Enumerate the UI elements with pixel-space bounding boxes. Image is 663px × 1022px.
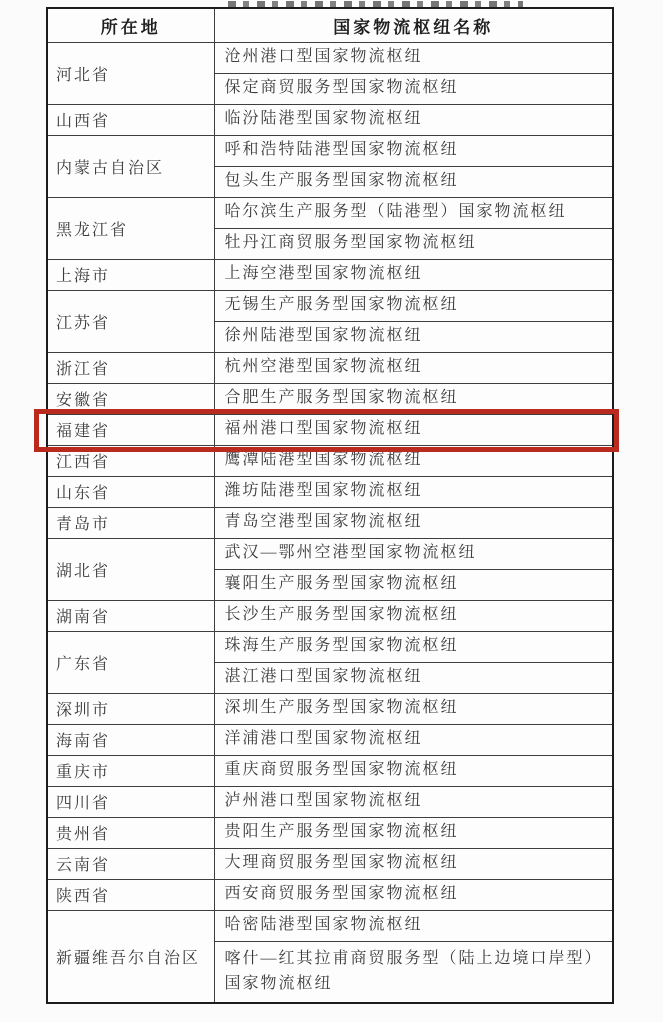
hub-cell: 哈尔滨生产服务型（陆港型）国家物流枢纽: [214, 197, 613, 228]
hub-cell: 沧州港口型国家物流枢纽: [214, 42, 613, 73]
hub-cell: 鹰潭陆港型国家物流枢纽: [214, 445, 613, 476]
hub-cell: 襄阳生产服务型国家物流枢纽: [214, 569, 613, 600]
page: 所在地 国家物流枢纽名称 河北省 沧州港口型国家物流枢纽 保定商贸服务型国家物流…: [0, 0, 663, 1022]
province-cell: 贵州省: [47, 817, 214, 848]
province-cell: 广东省: [47, 631, 214, 693]
table-row: 新疆维吾尔自治区 哈密陆港型国家物流枢纽: [47, 910, 613, 941]
hub-cell: 武汉—鄂州空港型国家物流枢纽: [214, 538, 613, 569]
table-row: 海南省 洋浦港口型国家物流枢纽: [47, 724, 613, 755]
table-row: 广东省 珠海生产服务型国家物流枢纽: [47, 631, 613, 662]
table-row: 贵州省 贵阳生产服务型国家物流枢纽: [47, 817, 613, 848]
table-row: 云南省 大理商贸服务型国家物流枢纽: [47, 848, 613, 879]
hub-cell: 贵阳生产服务型国家物流枢纽: [214, 817, 613, 848]
province-cell: 河北省: [47, 42, 214, 104]
province-cell: 湖北省: [47, 538, 214, 600]
province-cell: 江西省: [47, 445, 214, 476]
hub-cell: 西安商贸服务型国家物流枢纽: [214, 879, 613, 910]
province-cell: 深圳市: [47, 693, 214, 724]
table-row: 重庆市 重庆商贸服务型国家物流枢纽: [47, 755, 613, 786]
hub-cell: 喀什—红其拉甫商贸服务型（陆上边境口岸型） 国家物流枢纽: [214, 941, 613, 1003]
hub-cell: 无锡生产服务型国家物流枢纽: [214, 290, 613, 321]
hub-cell: 保定商贸服务型国家物流枢纽: [214, 73, 613, 104]
table-row: 安徽省 合肥生产服务型国家物流枢纽: [47, 383, 613, 414]
logistics-hub-table: 所在地 国家物流枢纽名称 河北省 沧州港口型国家物流枢纽 保定商贸服务型国家物流…: [46, 7, 614, 1004]
province-cell: 山东省: [47, 476, 214, 507]
hub-cell: 重庆商贸服务型国家物流枢纽: [214, 755, 613, 786]
province-cell: 海南省: [47, 724, 214, 755]
table-row: 河北省 沧州港口型国家物流枢纽: [47, 42, 613, 73]
table-row: 内蒙古自治区 呼和浩特陆港型国家物流枢纽: [47, 135, 613, 166]
province-cell: 新疆维吾尔自治区: [47, 910, 214, 1003]
hub-cell: 深圳生产服务型国家物流枢纽: [214, 693, 613, 724]
province-cell: 江苏省: [47, 290, 214, 352]
province-cell: 山西省: [47, 104, 214, 135]
hub-cell: 潍坊陆港型国家物流枢纽: [214, 476, 613, 507]
table-row: 四川省 泸州港口型国家物流枢纽: [47, 786, 613, 817]
hub-cell: 青岛空港型国家物流枢纽: [214, 507, 613, 538]
table-row: 深圳市 深圳生产服务型国家物流枢纽: [47, 693, 613, 724]
hub-cell: 合肥生产服务型国家物流枢纽: [214, 383, 613, 414]
table-row: 上海市 上海空港型国家物流枢纽: [47, 259, 613, 290]
hub-cell: 洋浦港口型国家物流枢纽: [214, 724, 613, 755]
table-row: 浙江省 杭州空港型国家物流枢纽: [47, 352, 613, 383]
province-cell: 黑龙江省: [47, 197, 214, 259]
province-cell: 青岛市: [47, 507, 214, 538]
table-row: 山东省 潍坊陆港型国家物流枢纽: [47, 476, 613, 507]
hub-cell: 泸州港口型国家物流枢纽: [214, 786, 613, 817]
table-row: 湖北省 武汉—鄂州空港型国家物流枢纽: [47, 538, 613, 569]
table-row: 青岛市 青岛空港型国家物流枢纽: [47, 507, 613, 538]
province-cell: 湖南省: [47, 600, 214, 631]
hub-cell: 杭州空港型国家物流枢纽: [214, 352, 613, 383]
hub-cell: 牡丹江商贸服务型国家物流枢纽: [214, 228, 613, 259]
province-cell: 云南省: [47, 848, 214, 879]
hub-cell: 珠海生产服务型国家物流枢纽: [214, 631, 613, 662]
hub-cell: 包头生产服务型国家物流枢纽: [214, 166, 613, 197]
table-row: 黑龙江省 哈尔滨生产服务型（陆港型）国家物流枢纽: [47, 197, 613, 228]
table-row: 湖南省 长沙生产服务型国家物流枢纽: [47, 600, 613, 631]
hub-cell: 长沙生产服务型国家物流枢纽: [214, 600, 613, 631]
hub-cell: 临汾陆港型国家物流枢纽: [214, 104, 613, 135]
province-cell: 重庆市: [47, 755, 214, 786]
table-row: 江苏省 无锡生产服务型国家物流枢纽: [47, 290, 613, 321]
hub-cell: 呼和浩特陆港型国家物流枢纽: [214, 135, 613, 166]
location-column-header: 所在地: [47, 8, 214, 42]
table-row: 陕西省 西安商贸服务型国家物流枢纽: [47, 879, 613, 910]
hub-name-column-header: 国家物流枢纽名称: [214, 8, 613, 42]
hub-cell: 哈密陆港型国家物流枢纽: [214, 910, 613, 941]
province-cell: 四川省: [47, 786, 214, 817]
province-cell: 安徽省: [47, 383, 214, 414]
province-cell: 陕西省: [47, 879, 214, 910]
hub-cell: 徐州陆港型国家物流枢纽: [214, 321, 613, 352]
province-cell: 福建省: [47, 414, 214, 445]
province-cell: 浙江省: [47, 352, 214, 383]
province-cell: 上海市: [47, 259, 214, 290]
highlighted-row: 福建省 福州港口型国家物流枢纽: [47, 414, 613, 445]
hub-cell: 福州港口型国家物流枢纽: [214, 414, 613, 445]
hub-cell: 湛江港口型国家物流枢纽: [214, 662, 613, 693]
table-row: 山西省 临汾陆港型国家物流枢纽: [47, 104, 613, 135]
province-cell: 内蒙古自治区: [47, 135, 214, 197]
hub-cell: 大理商贸服务型国家物流枢纽: [214, 848, 613, 879]
header-row: 所在地 国家物流枢纽名称: [47, 8, 613, 42]
table-row: 江西省 鹰潭陆港型国家物流枢纽: [47, 445, 613, 476]
hub-cell: 上海空港型国家物流枢纽: [214, 259, 613, 290]
